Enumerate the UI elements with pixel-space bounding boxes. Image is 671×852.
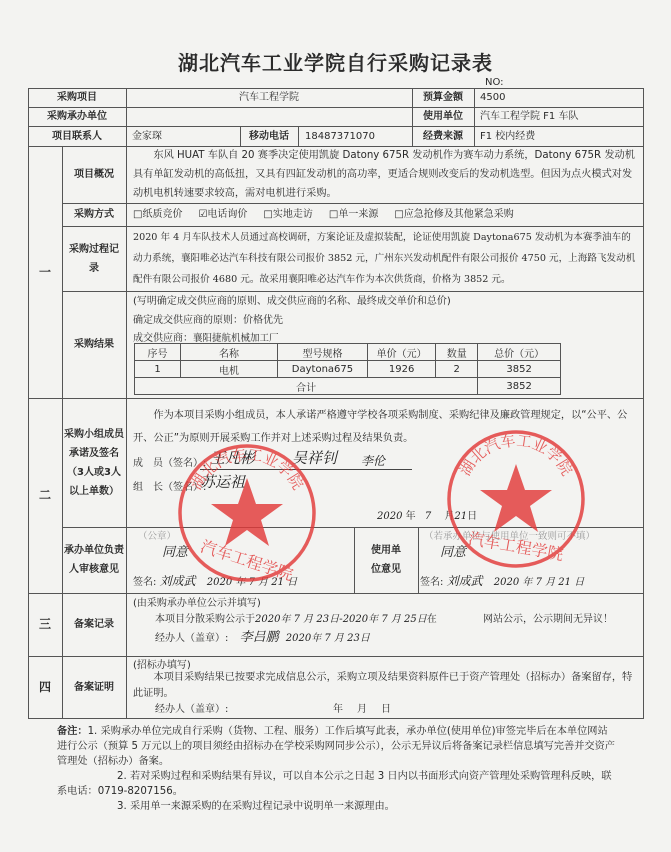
items-table-header: 序号名称型号规格单价（元）数量总价（元）	[135, 344, 561, 361]
filing-text-prefix: 本项目分散采购公示于	[155, 614, 255, 625]
method-option-5[interactable]: □应急抢修及其他紧急采购	[394, 208, 513, 221]
note-2: 2. 若对采购过程和采购结果有异议，可以自本公示之日起 3 日内以书面形式向资产…	[57, 769, 617, 799]
method-option-4[interactable]: □单一来源	[329, 208, 378, 221]
fund-value: F1 校内经费	[480, 130, 535, 143]
filing-date-from: 2020年 7 月 23日	[255, 614, 339, 625]
method-option-1[interactable]: □纸质竞价	[133, 208, 182, 221]
fund-label: 经费来源	[412, 126, 474, 146]
member-sign-label: 成 员（签名）:	[133, 457, 206, 470]
items-header-cell: 数量	[436, 344, 478, 361]
principle-line: 确定成交供应商的原则：价格优先	[133, 314, 283, 327]
items-cell: 电机	[181, 361, 278, 378]
review-label: 承办单位负责人审核意见	[64, 527, 124, 593]
items-cell: Daytona675	[277, 361, 367, 378]
method-option-label: 电话询价	[207, 209, 247, 220]
pledge-date-day-label: 日	[467, 511, 477, 522]
items-total-label: 合计	[135, 378, 478, 395]
using-unit-value: 汽车工程学院 F1 车队	[480, 110, 578, 123]
method-option-label: 实地走访	[273, 209, 313, 220]
document-title: 湖北汽车工业学院自行采购记录表	[0, 47, 671, 76]
pledge-text: 作为本项目采购小组成员，本人承诺严格遵守学校各项采购制度、采购纪律及廉政管理规定…	[133, 404, 637, 450]
pledge-date-year: 2020	[377, 511, 402, 522]
result-hint: (写明确定成交供应商的原则、成交供应商的名称、最终成交单价和总价)	[133, 295, 451, 308]
items-header-cell: 单价（元）	[368, 344, 436, 361]
using-unit-sign-label: 签名:	[420, 577, 443, 588]
checkbox-empty-icon[interactable]: □	[329, 209, 338, 220]
filing-record-line: 本项目分散采购公示于2020年 7 月 23日-2020年 7 月 25日在	[155, 613, 437, 626]
review-date: 2020 年 7 月 21 日	[207, 577, 297, 588]
process-text: 2020 年 4 月车队技术人员通过高校调研，方案论证及虚拟装配，论证使用凯旋 …	[133, 227, 639, 290]
filing-date-to: 2020年 7 月 25日	[343, 614, 427, 625]
using-unit-signature: 刘成武	[447, 574, 483, 588]
certificate-handler-label: 经办人（盖章）:	[155, 703, 228, 716]
pledge-date: 2020 年 7 月21日	[377, 510, 477, 523]
leader-signature: 苏运祖	[200, 476, 245, 489]
filing-handler-signature: 李吕鹏	[240, 630, 279, 645]
method-option-3[interactable]: □实地走访	[263, 208, 312, 221]
items-header-cell: 型号规格	[277, 344, 367, 361]
using-unit-opinion-label: 使用单位意见	[354, 527, 418, 593]
review-signature: 刘成武	[160, 574, 196, 588]
method-option-label: 应急抢修及其他紧急采购	[404, 209, 514, 220]
contact-value: 金家琛	[132, 130, 162, 143]
section-2-number: 二	[28, 398, 62, 593]
handling-unit-label: 采购承办单位	[28, 107, 126, 126]
note-1: 1. 采购承办单位完成自行采购（货物、工程、服务）工作后填写此表，承办单位(使用…	[57, 726, 615, 767]
items-cell: 1	[135, 361, 181, 378]
filing-record-hint: (由采购承办单位公示并填写)	[133, 597, 261, 610]
review-sign-line: 签名: 刘成武 2020 年 7 月 21 日	[133, 575, 297, 589]
project-label: 采购项目	[28, 88, 126, 107]
pledge-date-month-label: 月	[444, 511, 454, 522]
overview-label: 项目概况	[62, 146, 126, 203]
checkbox-empty-icon[interactable]: □	[263, 209, 272, 220]
section-3-number: 三	[28, 593, 62, 656]
items-cell: 1926	[368, 361, 436, 378]
items-header-cell: 名称	[181, 344, 278, 361]
filing-record-label: 备案记录	[62, 593, 126, 656]
member-signature-1: 王凡彬	[210, 452, 255, 465]
using-unit-label: 使用单位	[412, 107, 474, 126]
method-option-2[interactable]: ☑电话询价	[198, 208, 247, 221]
using-unit-date: 2020 年 7 月 21 日	[494, 577, 584, 588]
filing-certificate-label: 备案证明	[62, 656, 126, 718]
section-4-number: 四	[28, 656, 62, 718]
using-unit-hint: （若承办单位与使用单位一致则可不填）	[424, 530, 595, 543]
review-seal-hint: （公章）	[138, 530, 176, 543]
mobile-value: 18487371070	[305, 130, 375, 143]
items-cell: 3852	[478, 361, 561, 378]
member-signature-2: 吴祥钊	[292, 452, 337, 465]
pledge-date-month: 7	[425, 511, 431, 522]
using-unit-sign-line: 签名: 刘成武 2020 年 7 月 21 日	[420, 575, 584, 589]
contact-label: 项目联系人	[28, 126, 126, 146]
review-sign-label: 签名:	[133, 577, 156, 588]
items-cell: 2	[436, 361, 478, 378]
filing-certificate-text: 本项目采购结果已按要求完成信息公示，采购立项及结果资料原件已于资产管理处（招标办…	[133, 670, 639, 702]
items-header-cell: 总价（元）	[478, 344, 561, 361]
items-header-cell: 序号	[135, 344, 181, 361]
document-number-label: NO:	[485, 77, 504, 88]
pledge-label: 采购小组成员承诺及签名（3人或3人以上单数）	[64, 398, 124, 527]
leader-sign-label: 组 长（签名）:	[133, 481, 206, 494]
method-options: □纸质竞价☑电话询价□实地走访□单一来源□应急抢修及其他紧急采购	[133, 208, 514, 221]
filing-handler-date: 2020年 7 月 23日	[286, 633, 370, 644]
table-row: 1电机Daytona675192623852	[135, 361, 561, 378]
budget-label: 预算金额	[412, 88, 474, 107]
process-label: 采购过程记录	[62, 226, 126, 291]
filing-handler-line: 经办人（盖章）: 李吕鹏 2020年 7 月 23日	[155, 631, 370, 645]
pledge-date-year-label: 年	[406, 511, 416, 522]
checkbox-empty-icon[interactable]: □	[394, 209, 403, 220]
pledge-date-day: 21	[454, 511, 467, 522]
filing-text-suffix: 网站公示，公示期间无异议！	[483, 613, 613, 626]
result-label: 采购结果	[62, 291, 126, 398]
member-signature-3: 李伦	[361, 455, 385, 468]
notes-label: 备注：	[57, 726, 88, 737]
principle-value: 价格优先	[243, 315, 283, 326]
method-option-label: 纸质竞价	[142, 209, 182, 220]
section-1-number: 一	[28, 146, 62, 398]
filing-handler-label: 经办人（盖章）:	[155, 633, 228, 644]
certificate-date-blank: 年 月 日	[333, 703, 393, 716]
method-label: 采购方式	[62, 203, 126, 226]
budget-value: 4500	[480, 91, 505, 104]
principle-label: 确定成交供应商的原则：	[133, 315, 243, 326]
items-total-value: 3852	[478, 378, 561, 395]
project-value: 汽车工程学院	[126, 88, 412, 107]
items-total-row: 合计 3852	[135, 378, 561, 395]
using-unit-opinion: 同意	[440, 546, 466, 559]
overview-text: 东风 HUAT 车队自 20 赛季决定使用凯旋 Datony 675R 发动机作…	[133, 146, 637, 203]
notes: 备注：1. 采购承办单位完成自行采购（货物、工程、服务）工作后填写此表，承办单位…	[57, 724, 617, 814]
filing-text-at: 在	[427, 614, 437, 625]
method-option-label: 单一来源	[338, 209, 378, 220]
note-3: 3. 采用单一来源采购的在采购过程记录中说明单一来源理由。	[57, 799, 617, 814]
review-opinion: 同意	[162, 546, 188, 559]
mobile-label: 移动电话	[240, 126, 298, 146]
items-table: 序号名称型号规格单价（元）数量总价（元） 1电机Daytona675192623…	[134, 343, 561, 395]
